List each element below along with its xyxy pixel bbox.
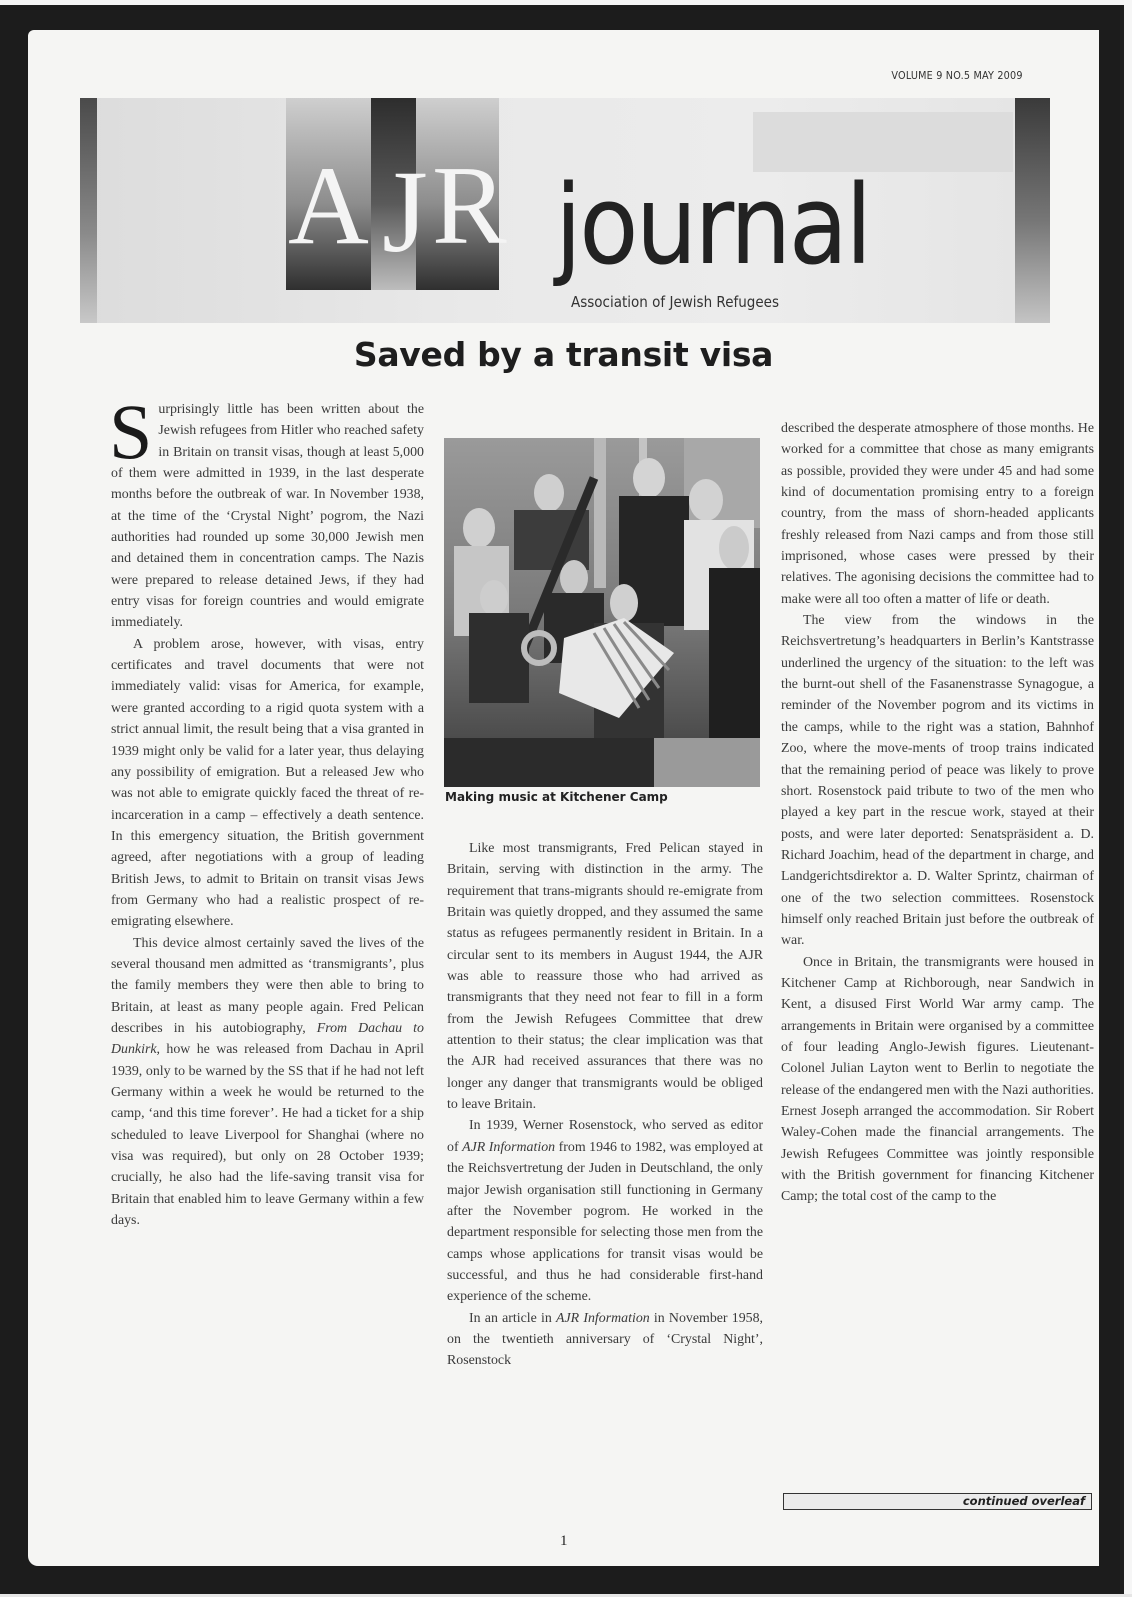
continued-overleaf-box: continued overleaf [783, 1493, 1092, 1510]
drop-cap: S [109, 401, 152, 463]
paragraph: This device almost certainly saved the l… [111, 933, 424, 1232]
article-headline: Saved by a transit visa [28, 335, 1099, 374]
paragraph: A problem arose, however, with visas, en… [111, 634, 424, 933]
journal-page: VOLUME 9 NO.5 MAY 2009 A J R journal Ass… [28, 30, 1099, 1566]
paragraph: In an article in AJR Information in Nove… [447, 1308, 763, 1372]
paragraph: In 1939, Werner Rosenstock, who served a… [447, 1115, 763, 1307]
publication-title: AJR Information [462, 1140, 555, 1155]
scan-border-top [0, 0, 1132, 5]
photo-musicians-image [444, 438, 760, 787]
banner-left-bar [80, 98, 97, 323]
paragraph: Once in Britain, the transmigrants were … [781, 952, 1094, 1208]
paragraph: The view from the windows in the Reichsv… [781, 610, 1094, 952]
issue-info: VOLUME 9 NO.5 MAY 2009 [892, 70, 1023, 82]
masthead-title: journal [555, 170, 870, 280]
article-column-2: Like most transmigrants, Fred Pelican st… [447, 838, 763, 1372]
article-column-3: described the desperate atmosphere of th… [781, 418, 1094, 1208]
ajr-logo: A J R [286, 98, 499, 290]
page-number: 1 [560, 1533, 568, 1550]
paragraph: described the desperate atmosphere of th… [781, 418, 1094, 610]
banner-right-bar [1015, 98, 1050, 323]
publication-title: AJR Information [556, 1311, 650, 1326]
scan-border-right [1124, 0, 1132, 1597]
logo-letter-j: J [382, 156, 428, 268]
paragraph: Surprisingly little has been written abo… [111, 399, 424, 634]
article-column-1: Surprisingly little has been written abo… [111, 399, 424, 1231]
logo-letter-a: A [288, 150, 369, 262]
paragraph: Like most transmigrants, Fred Pelican st… [447, 838, 763, 1115]
article-photo [444, 438, 760, 787]
photo-caption: Making music at Kitchener Camp [445, 790, 668, 804]
logo-letter-r: R [432, 150, 507, 262]
masthead-tagline: Association of Jewish Refugees [571, 293, 779, 311]
